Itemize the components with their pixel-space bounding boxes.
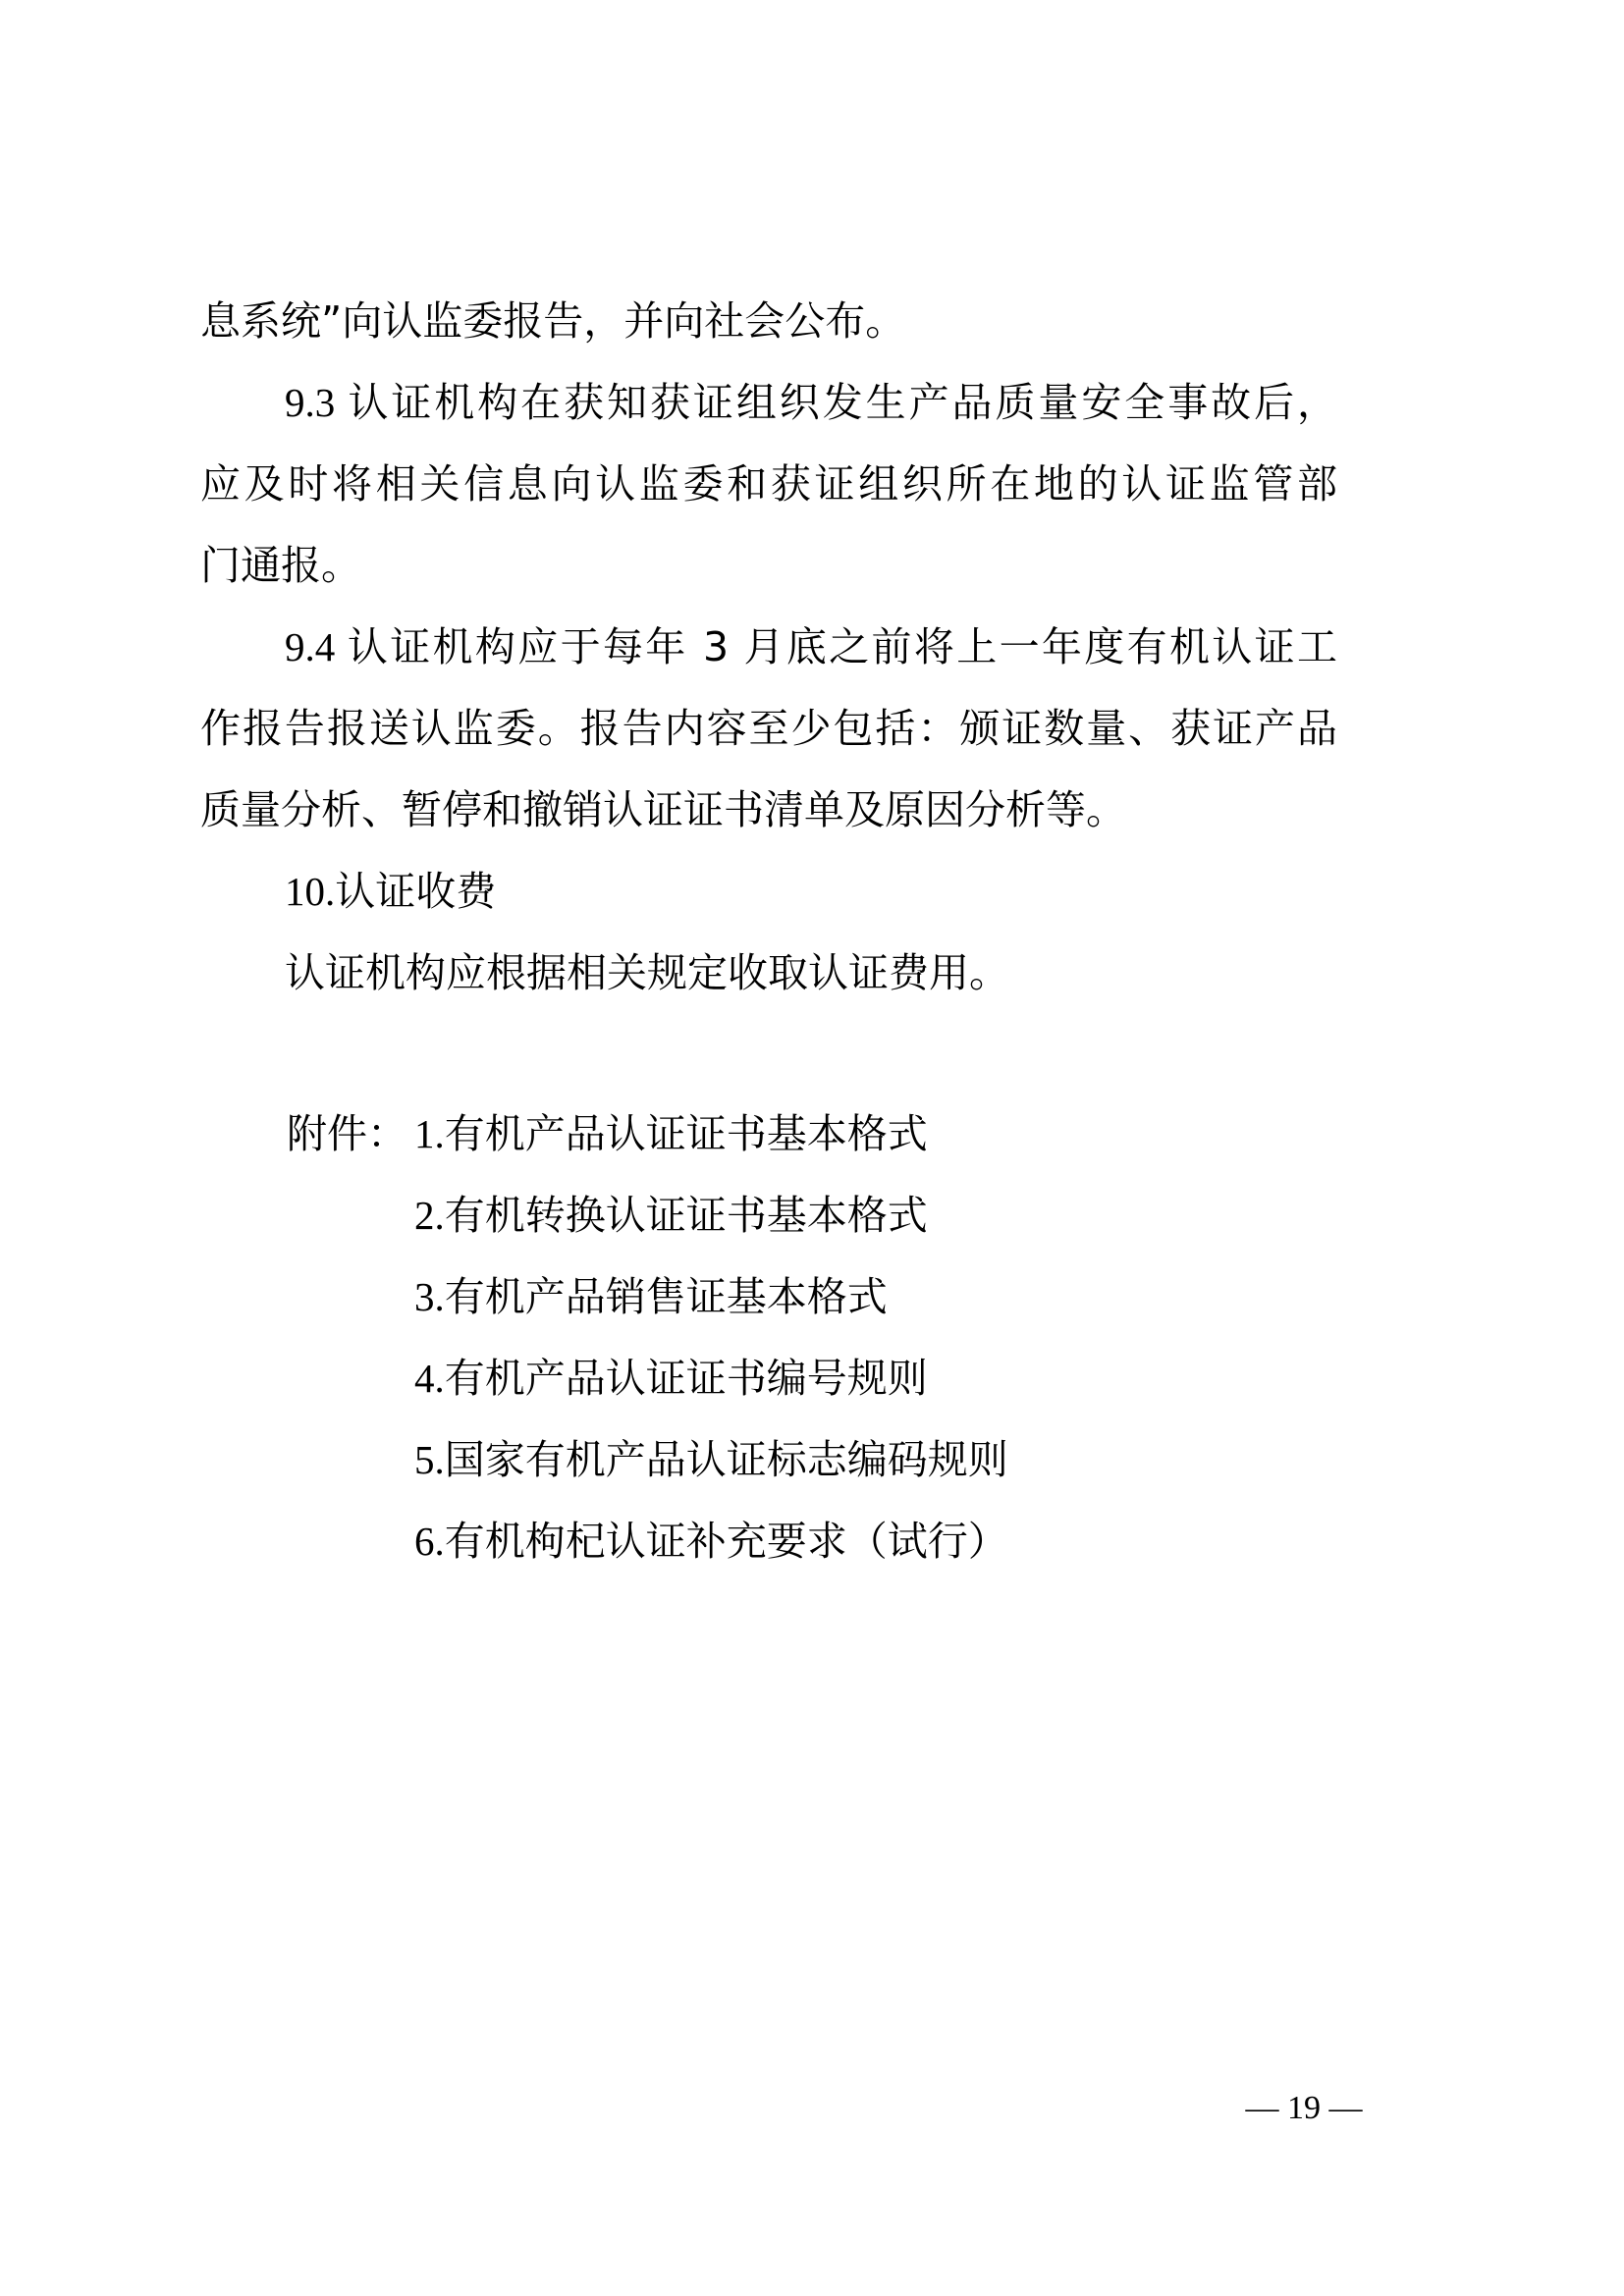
section-title: 认证收费 [335, 868, 496, 915]
line-text: 质量分析、暂停和撤销认证证书清单及原因分析等。 [200, 786, 1126, 833]
attachment-item: 3.有机产品销售证基本格式 [287, 1266, 1170, 1348]
attachment-title: 有机产品认证证书基本格式 [445, 1103, 928, 1185]
attachments-label-spacer [287, 1185, 414, 1266]
attachments-label-spacer [287, 1266, 414, 1348]
attachment-title: 有机产品认证证书编号规则 [445, 1348, 928, 1429]
paragraph-line: 作报告报送认监委。报告内容至少包括：颁证数量、获证产品 [200, 698, 1337, 779]
attachments-label-spacer [287, 1348, 414, 1429]
line-text: 门通报。 [200, 542, 361, 589]
attachment-item: 4.有机产品认证证书编号规则 [287, 1348, 1170, 1429]
paragraph-9-4-line: 9.4 认证机构应于每年 3 月底之前将上一年度有机认证工 [200, 616, 1337, 698]
attachment-title: 国家有机产品认证标志编码规则 [445, 1429, 1008, 1511]
section-number: 10. [285, 869, 335, 914]
document-page: 息系统”向认监委报告，并向社会公布。 9.3 认证机构在获知获证组织发生产品质量… [0, 0, 1624, 2296]
clause-number: 9.3 [285, 380, 348, 425]
attachments-label-spacer [287, 1429, 414, 1511]
line-text: 息系统”向认监委报告，并向社会公布。 [200, 297, 905, 345]
body-text: 息系统”向认监委报告，并向社会公布。 9.3 认证机构在获知获证组织发生产品质量… [200, 291, 1337, 1024]
attachment-number: 6. [414, 1511, 445, 1592]
attachment-number: 2. [414, 1185, 445, 1266]
line-text: 认证机构应于每年 3 月底之前将上一年度有机认证工 [348, 623, 1337, 670]
line-text: 作报告报送认监委。报告内容至少包括：颁证数量、获证产品 [200, 705, 1337, 752]
attachment-item: 6.有机枸杞认证补充要求（试行） [287, 1511, 1170, 1592]
attachments-label-spacer [287, 1511, 414, 1592]
line-text: 认证机构在获知获证组织发生产品质量安全事故后， [348, 379, 1337, 426]
attachment-item: 2.有机转换认证证书基本格式 [287, 1185, 1170, 1266]
paragraph-line: 认证机构应根据相关规定收取认证费用。 [200, 942, 1337, 1024]
line-text: 认证机构应根据相关规定收取认证费用。 [285, 949, 1009, 996]
attachments-list: 附件： 1.有机产品认证证书基本格式 2.有机转换认证证书基本格式 3.有机产品… [287, 1103, 1170, 1592]
paragraph-line: 应及时将相关信息向认监委和获证组织所在地的认证监管部 [200, 454, 1337, 535]
paragraph-line: 质量分析、暂停和撤销认证证书清单及原因分析等。 [200, 779, 1337, 861]
attachment-number: 1. [414, 1103, 445, 1185]
paragraph-line: 息系统”向认监委报告，并向社会公布。 [200, 291, 1337, 372]
attachment-title: 有机产品销售证基本格式 [445, 1266, 888, 1348]
attachments-label: 附件： [287, 1103, 414, 1185]
attachment-item: 5.国家有机产品认证标志编码规则 [287, 1429, 1170, 1511]
page-number: — 19 — [1225, 2085, 1382, 2132]
paragraph-9-3-line: 9.3 认证机构在获知获证组织发生产品质量安全事故后， [200, 372, 1337, 454]
line-text: 应及时将相关信息向认监委和获证组织所在地的认证监管部 [200, 460, 1337, 507]
clause-number: 9.4 [285, 624, 348, 669]
attachment-number: 3. [414, 1266, 445, 1348]
section-10-heading: 10.认证收费 [200, 861, 1337, 942]
attachment-title: 有机枸杞认证补充要求（试行） [445, 1511, 1008, 1592]
attachment-number: 5. [414, 1429, 445, 1511]
attachment-number: 4. [414, 1348, 445, 1429]
attachment-title: 有机转换认证证书基本格式 [445, 1185, 928, 1266]
paragraph-line: 门通报。 [200, 535, 1337, 616]
attachment-item: 附件： 1.有机产品认证证书基本格式 [287, 1103, 1170, 1185]
